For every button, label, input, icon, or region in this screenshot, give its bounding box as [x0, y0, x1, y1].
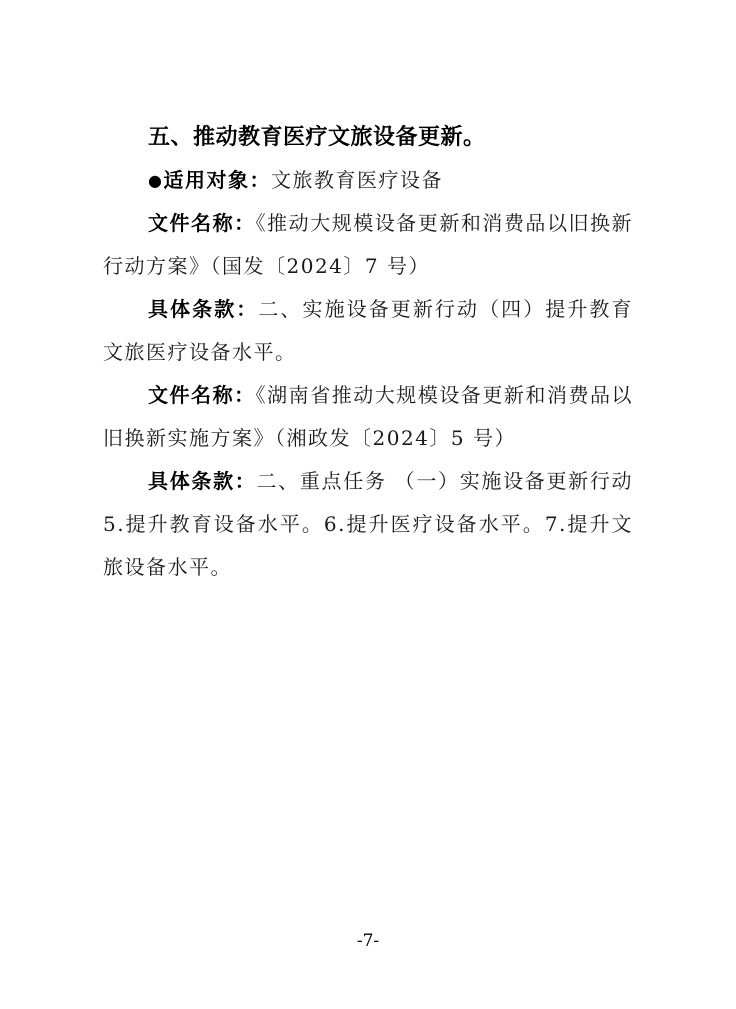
document2-name-label: 文件名称：	[148, 383, 256, 407]
document-body: 五、推动教育医疗文旅设备更新。 ●适用对象：文旅教育医疗设备 文件名称：《推动大…	[103, 116, 633, 589]
page-number: -7-	[357, 931, 379, 951]
document1-name-label: 文件名称：	[148, 211, 256, 235]
document1-clause-paragraph: 具体条款：二、实施设备更新行动（四）提升教育文旅医疗设备水平。	[103, 288, 633, 374]
section-heading: 五、推动教育医疗文旅设备更新。	[103, 116, 633, 159]
bullet-icon: ●	[148, 171, 163, 190]
document1-clause-label: 具体条款：	[148, 297, 258, 321]
applicable-objects-paragraph: ●适用对象：文旅教育医疗设备	[103, 159, 633, 202]
page-footer: -7-	[0, 931, 736, 951]
document1-name-paragraph: 文件名称：《推动大规模设备更新和消费品以旧换新行动方案》（国发〔2024〕7 号…	[103, 202, 633, 288]
applicable-objects-label: 适用对象：	[163, 168, 271, 192]
document2-clause-label: 具体条款：	[148, 469, 256, 493]
document2-clause-paragraph: 具体条款：二、重点任务 （一）实施设备更新行动 5.提升教育设备水平。6.提升医…	[103, 460, 633, 589]
document2-name-paragraph: 文件名称：《湖南省推动大规模设备更新和消费品以旧换新实施方案》（湘政发〔2024…	[103, 374, 633, 460]
applicable-objects-text: 文旅教育医疗设备	[271, 168, 443, 192]
document-page: 五、推动教育医疗文旅设备更新。 ●适用对象：文旅教育医疗设备 文件名称：《推动大…	[0, 0, 736, 1009]
